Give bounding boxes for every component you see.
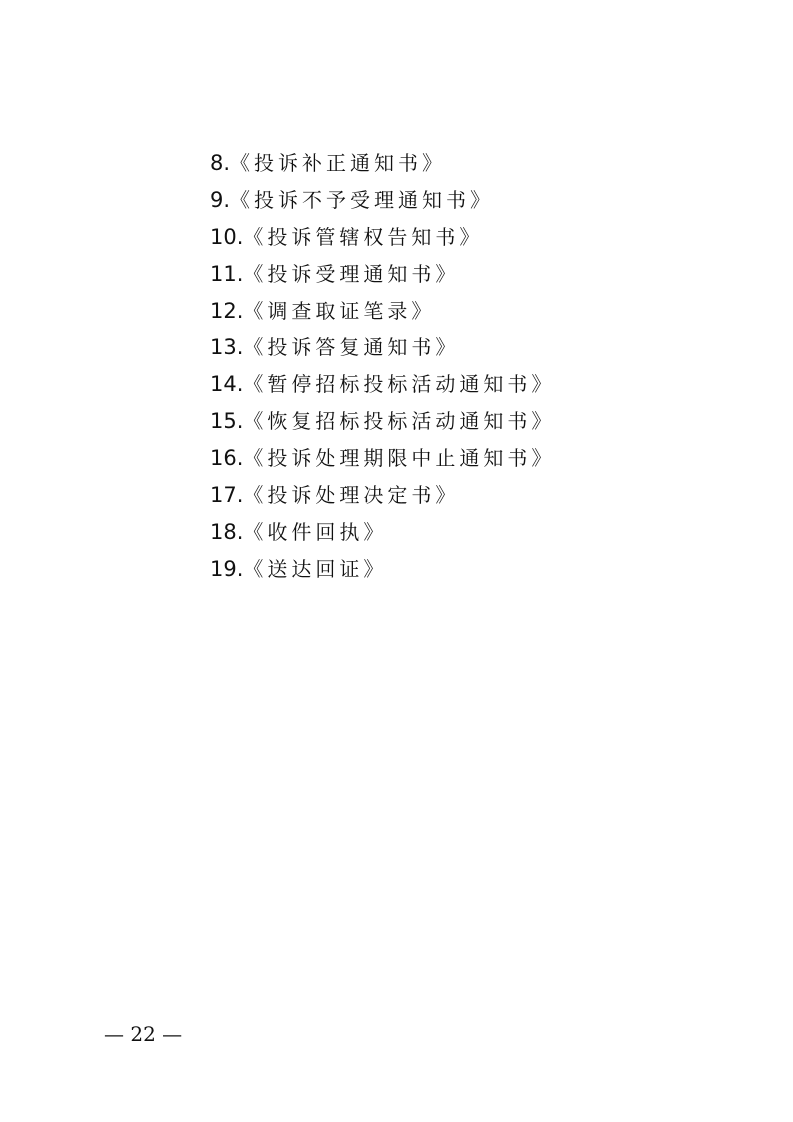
list-item: 11.《投诉受理通知书》: [210, 256, 555, 293]
item-number: 8.: [210, 151, 230, 175]
item-title: 《投诉受理通知书》: [243, 262, 459, 286]
item-number: 18.: [210, 520, 243, 544]
item-title: 《送达回证》: [243, 557, 387, 581]
item-title: 《恢复招标投标活动通知书》: [243, 409, 555, 433]
list-item: 14.《暂停招标投标活动通知书》: [210, 366, 555, 403]
item-number: 19.: [210, 557, 243, 581]
list-item: 10.《投诉管辖权告知书》: [210, 219, 555, 256]
item-number: 16.: [210, 446, 243, 470]
item-number: 11.: [210, 262, 243, 286]
item-title: 《暂停招标投标活动通知书》: [243, 372, 555, 396]
item-title: 《调查取证笔录》: [243, 299, 435, 323]
list-item: 13.《投诉答复通知书》: [210, 329, 555, 366]
item-number: 15.: [210, 409, 243, 433]
item-number: 13.: [210, 335, 243, 359]
item-number: 10.: [210, 225, 243, 249]
list-item: 9.《投诉不予受理通知书》: [210, 182, 555, 219]
item-number: 17.: [210, 483, 243, 507]
list-item: 16.《投诉处理期限中止通知书》: [210, 440, 555, 477]
item-title: 《投诉处理决定书》: [243, 483, 459, 507]
list-item: 17.《投诉处理决定书》: [210, 477, 555, 514]
page-number: — 22 —: [104, 1022, 182, 1046]
item-title: 《投诉管辖权告知书》: [243, 225, 483, 249]
form-list: 8.《投诉补正通知书》 9.《投诉不予受理通知书》 10.《投诉管辖权告知书》 …: [210, 145, 555, 588]
list-item: 18.《收件回执》: [210, 514, 555, 551]
document-page: 8.《投诉补正通知书》 9.《投诉不予受理通知书》 10.《投诉管辖权告知书》 …: [0, 0, 793, 1122]
item-title: 《投诉答复通知书》: [243, 335, 459, 359]
item-title: 《投诉补正通知书》: [230, 151, 446, 175]
item-number: 9.: [210, 188, 230, 212]
item-number: 12.: [210, 299, 243, 323]
item-title: 《收件回执》: [243, 520, 387, 544]
list-item: 12.《调查取证笔录》: [210, 293, 555, 330]
item-number: 14.: [210, 372, 243, 396]
list-item: 15.《恢复招标投标活动通知书》: [210, 403, 555, 440]
item-title: 《投诉处理期限中止通知书》: [243, 446, 555, 470]
list-item: 8.《投诉补正通知书》: [210, 145, 555, 182]
item-title: 《投诉不予受理通知书》: [230, 188, 494, 212]
list-item: 19.《送达回证》: [210, 551, 555, 588]
